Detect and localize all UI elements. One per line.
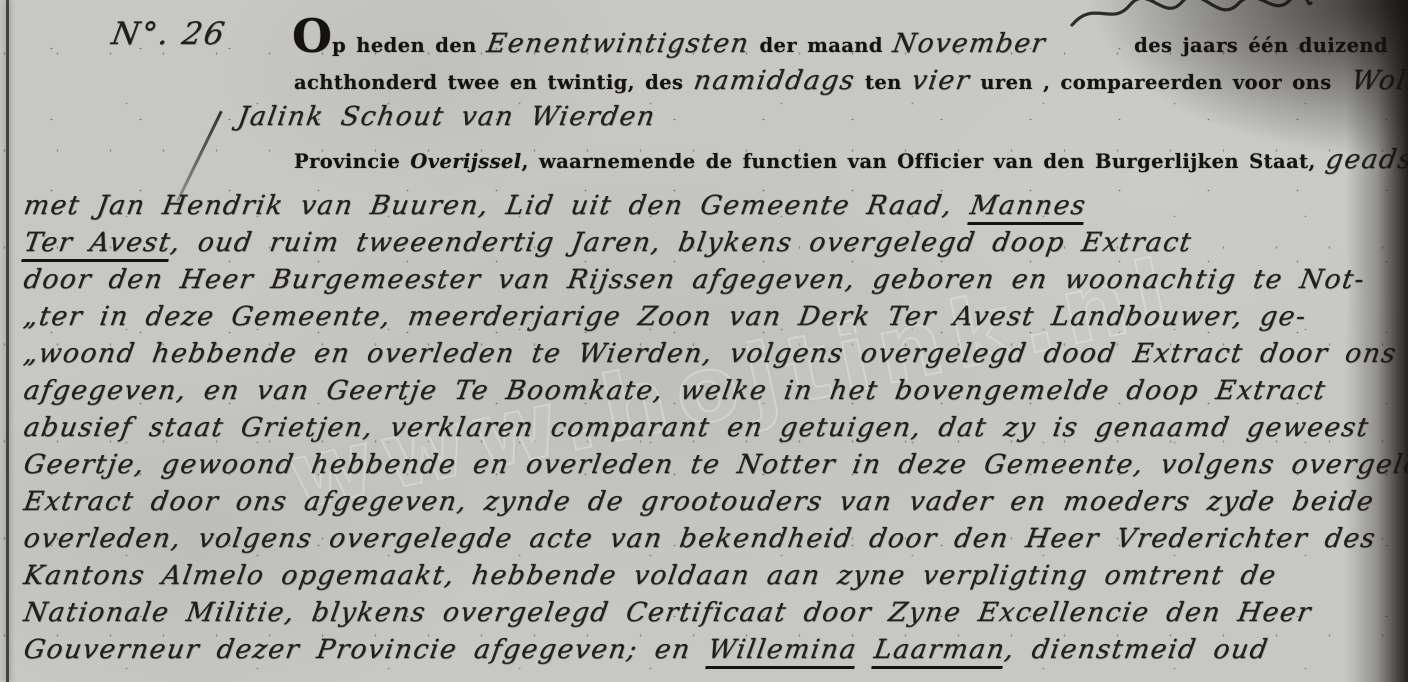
document-line: afgegeven, en van Geertje Te Boomkate, w…	[24, 375, 1360, 412]
handwritten-text: abusief staat Grietjen, verklaren compar…	[22, 412, 1372, 443]
handwritten-text: „woond hebbende en overleden te Wierden,…	[22, 338, 1400, 369]
handwritten-name-underlined: Mannes	[967, 190, 1088, 225]
handwritten-text: , dienstmeid oud	[1002, 634, 1270, 665]
document-line: overleden, volgens overgelegde acte van …	[24, 523, 1360, 560]
handwritten-text: overleden, volgens overgelegde acte van …	[22, 523, 1379, 554]
printed-form-text: Overijssel	[410, 150, 521, 173]
left-page-edge	[6, 0, 9, 682]
handwritten-text: Gouverneur dezer Provincie afgegeven; en	[22, 634, 711, 665]
printed-form-text: achthonderd twee en twintig, des	[294, 71, 694, 94]
right-gutter-shadow	[1346, 0, 1408, 682]
document-line: door den Heer Burgemeester van Rijssen a…	[24, 264, 1360, 301]
printed-form-text: ten	[855, 71, 912, 94]
document-page: { "document": { "act_number": "N°. 26", …	[0, 0, 1408, 682]
handwritten-text: Extract door ons afgegeven, zynde de gro…	[22, 486, 1377, 517]
handwritten-name-underlined: Ter Avest	[21, 227, 173, 262]
printed-form-text: Op heden den	[292, 26, 487, 57]
printed-form-text: Provincie	[294, 150, 410, 173]
handwritten-text: Eenentwintigsten	[484, 28, 751, 59]
document-line: Ter Avest, oud ruim tweeendertig Jaren, …	[24, 227, 1360, 264]
document-line: Kantons Almelo opgemaakt, hebbende volda…	[24, 560, 1360, 597]
printed-form-text: der maand	[749, 34, 893, 57]
handwritten-name-underlined: Laarman	[871, 634, 1008, 669]
document-line: Nationale Militie, blykens overgelegd Ce…	[24, 597, 1360, 634]
document-line: met Jan Hendrik van Buuren, Lid uit den …	[24, 190, 1360, 227]
handwritten-text: Jalink Schout van Wierden	[236, 101, 659, 132]
handwritten-text: door den Heer Burgemeester van Rijssen a…	[22, 264, 1368, 295]
document-line: abusief staat Grietjen, verklaren compar…	[24, 412, 1360, 449]
handwritten-text: namiddags	[691, 65, 857, 96]
document-line: Gouverneur dezer Provincie afgegeven; en…	[24, 634, 1360, 671]
handwritten-text: Geertje, gewoond hebbende en overleden t…	[22, 449, 1408, 480]
document-line: „ter in deze Gemeente, meerderjarige Zoo…	[24, 301, 1360, 338]
handwritten-text: Kantons Almelo opgemaakt, hebbende volda…	[22, 560, 1280, 591]
document-line: „woond hebbende en overleden te Wierden,…	[24, 338, 1360, 375]
handwritten-text: Nationale Militie, blykens overgelegd Ce…	[22, 597, 1315, 628]
handwritten-text: vier	[909, 65, 972, 96]
handwritten-text: , oud ruim tweeendertig Jaren, blykens o…	[168, 227, 1194, 258]
document-line: Extract door ons afgegeven, zynde de gro…	[24, 486, 1360, 523]
handwritten-name-underlined: Willemina	[705, 634, 859, 669]
handwritten-text: met Jan Hendrik van Buuren, Lid uit den …	[22, 190, 973, 221]
handwritten-text: November	[891, 28, 1049, 59]
document-line: Geertje, gewoond hebbende en overleden t…	[24, 449, 1360, 486]
handwritten-text: afgegeven, en van Geertje Te Boomkate, w…	[22, 375, 1329, 406]
handwritten-text: „ter in deze Gemeente, meerderjarige Zoo…	[22, 301, 1310, 332]
